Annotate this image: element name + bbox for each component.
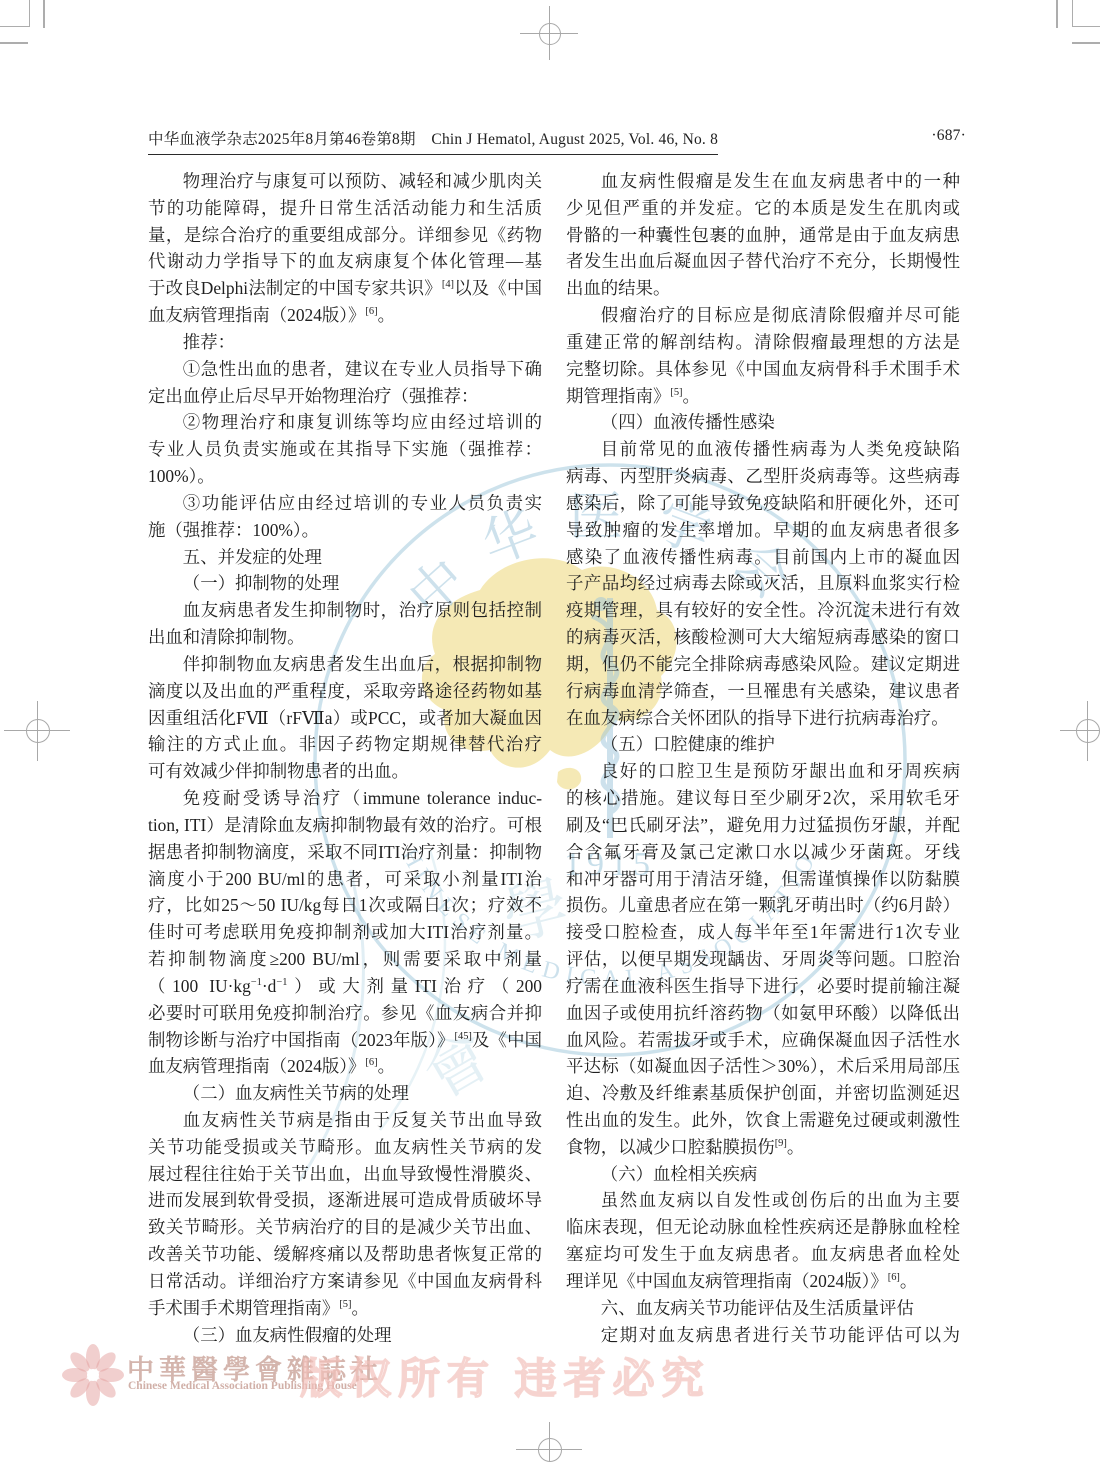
text-line: 虽然血友病以自发性或创伤后的出血为主要	[566, 1187, 960, 1214]
text-line: 重建正常的解剖结构。清除假瘤最理想的方法是	[566, 329, 960, 356]
text-line: 量，是综合治疗的重要组成部分。详细参见《药物	[148, 222, 542, 249]
text-line: 100%）。	[148, 463, 542, 490]
text-line: 行病毒血清学筛查，一旦罹患有关感染，建议患者	[566, 678, 960, 705]
text-line: 假瘤治疗的目标应是彻底清除假瘤并尽可能	[566, 302, 960, 329]
text-line: 疗，比如25～50 IU/kg每日1次或隔日1次；疗效不	[148, 892, 542, 919]
text-line: 少见但严重的并发症。它的本质是发生在肌肉或	[566, 195, 960, 222]
column-left: 物理治疗与康复可以预防、减轻和减少肌肉关节的功能障碍，提升日常生活活动能力和生活…	[148, 168, 542, 1348]
journal-title-en: Chin J Hematol, August 2025, Vol. 46, No…	[431, 131, 718, 148]
text-line: 完整切除。具体参见《中国血友病骨科手术围手术	[566, 356, 960, 383]
text-line: 期，但仍不能完全排除病毒感染风险。建议定期进	[566, 651, 960, 678]
text-line: 在血友病综合关怀团队的指导下进行抗病毒治疗。	[566, 705, 960, 732]
text-line: 理详见《中国血友病管理指南（2024版）》[6]。	[566, 1268, 960, 1295]
text-line: 施（强推荐：100%）。	[148, 517, 542, 544]
page-number: ·687·	[931, 127, 966, 145]
text-line: 和冲牙器可用于清洁牙缝，但需谨慎操作以防黏膜	[566, 866, 960, 893]
text-line: 定出血停止后尽早开始物理治疗（强推荐：100%）。	[148, 383, 542, 410]
text-line: 疗需在血液科医生指导下进行，必要时提前输注凝	[566, 973, 960, 1000]
text-line: 损伤。儿童患者应在第一颗乳牙萌出时（约6月龄）	[566, 892, 960, 919]
text-line: （五）口腔健康的维护	[566, 731, 960, 758]
crop-mark-tick	[1056, 0, 1058, 28]
text-line: 滴度小于200 BU/ml的患者，可采取小剂量ITI治	[148, 866, 542, 893]
text-line: 期管理指南》[5]。	[566, 383, 960, 410]
text-line: 五、并发症的处理	[148, 544, 542, 571]
text-line: 感染后，除了可能导致免疫缺陷和肝硬化外，还可	[566, 490, 960, 517]
text-line: 可有效减少伴抑制物患者的出血。	[148, 758, 542, 785]
text-line: 导致肿瘤的发生率增加。早期的血友病患者很多	[566, 517, 960, 544]
text-line: 血因子或使用抗纤溶药物（如氨甲环酸）以降低出	[566, 1000, 960, 1027]
text-line: 展过程往往始于关节出血，出血导致慢性滑膜炎、	[148, 1161, 542, 1188]
text-line: 合含氟牙膏及氯己定漱口水以减少牙菌斑。牙线	[566, 839, 960, 866]
text-line: 血风险。若需拔牙或手术，应确保凝血因子活性水	[566, 1027, 960, 1054]
text-line: 的核心措施。建议每日至少刷牙2次，采用软毛牙	[566, 785, 960, 812]
text-line: （一）抑制物的处理	[148, 570, 542, 597]
text-line: 手术围手术期管理指南》[5]。	[148, 1295, 542, 1322]
text-line: 致关节畸形。关节病治疗的目的是减少关节出血、	[148, 1214, 542, 1241]
text-line: 良好的口腔卫生是预防牙龈出血和牙周疾病	[566, 758, 960, 785]
text-line: 血友病性假瘤是发生在血友病患者中的一种	[566, 168, 960, 195]
text-line: 输注的方式止血。非因子药物定期规律替代治疗	[148, 731, 542, 758]
text-line: 疫期管理，具有较好的安全性。冷沉淀未进行有效	[566, 597, 960, 624]
text-line: 评估，以便早期发现龋齿、牙周炎等问题。口腔治	[566, 946, 960, 973]
text-line: 目前常见的血液传播性病毒为人类免疫缺陷	[566, 436, 960, 463]
text-line: tion, ITI）是清除血友病抑制物最有效的治疗。可根	[148, 812, 542, 839]
text-line: ①急性出血的患者，建议在专业人员指导下确	[148, 356, 542, 383]
crop-mark-box-top-left	[0, 0, 30, 27]
text-line: 骨骼的一种囊性包裹的血肿，通常是由于血友病患	[566, 222, 960, 249]
text-line: 出血和清除抑制物。	[148, 624, 542, 651]
text-line: 病毒、丙型肝炎病毒、乙型肝炎病毒等。这些病毒	[566, 463, 960, 490]
text-line: 佳时可考虑联用免疫抑制剂或加大ITI治疗剂量。	[148, 919, 542, 946]
text-line: 伴抑制物血友病患者发生出血后，根据抑制物	[148, 651, 542, 678]
crop-mark-box-top-right	[1072, 0, 1100, 27]
text-line: 的病毒灭活，核酸检测可大大缩短病毒感染的窗口	[566, 624, 960, 651]
text-line: 节的功能障碍，提升日常生活活动能力和生活质	[148, 195, 542, 222]
text-line: 因重组活化FⅦ（rFⅦa）或PCC，或者加大凝血因子	[148, 705, 542, 732]
text-line: 六、血友病关节功能评估及生活质量评估	[566, 1295, 960, 1322]
text-line: 血友病管理指南（2024版）》[6]。	[148, 1053, 542, 1080]
text-line: 必要时可联用免疫抑制治疗。参见《血友病合并抑	[148, 1000, 542, 1027]
text-line: 据患者抑制物滴度，采取不同ITI治疗剂量：抑制物	[148, 839, 542, 866]
text-line: 食物，以减少口腔黏膜损伤[9]。	[566, 1134, 960, 1161]
text-line: 出血的结果。	[566, 275, 960, 302]
text-line: 进而发展到软骨受损，逐渐进展可造成骨质破坏导	[148, 1187, 542, 1214]
text-line: 血友病性关节病是指由于反复关节出血导致	[148, 1107, 542, 1134]
text-line: 血友病管理指南（2024版）》[6]。	[148, 302, 542, 329]
column-right: 血友病性假瘤是发生在血友病患者中的一种少见但严重的并发症。它的本质是发生在肌肉或…	[566, 168, 960, 1348]
text-line: ③功能评估应由经过培训的专业人员负责实	[148, 490, 542, 517]
text-line: ②物理治疗和康复训练等均应由经过培训的	[148, 409, 542, 436]
crop-mark-tick	[43, 0, 45, 28]
publisher-flower-icon	[62, 1344, 124, 1406]
page-header: 中华血液学杂志2025年8月第46卷第8期 Chin J Hematol, Au…	[148, 127, 966, 155]
text-line: 平达标（如凝血因子活性＞30%），术后采用局部压	[566, 1053, 960, 1080]
journal-title-line: 中华血液学杂志2025年8月第46卷第8期 Chin J Hematol, Au…	[148, 127, 718, 155]
text-line: 定期对血友病患者进行关节功能评估可以为	[566, 1322, 960, 1349]
text-line: 塞症均可发生于血友病患者。血友病患者血栓处	[566, 1241, 960, 1268]
text-line: 血友病患者发生抑制物时，治疗原则包括控制	[148, 597, 542, 624]
text-line: 物理治疗与康复可以预防、减轻和减少肌肉关	[148, 168, 542, 195]
journal-page: { "header": { "journal_line_cn": "中华血液学杂…	[0, 0, 1100, 1462]
text-line: 改善关节功能、缓解疼痛以及帮助患者恢复正常的	[148, 1241, 542, 1268]
text-line: （三）血友病性假瘤的处理	[148, 1322, 542, 1349]
text-line: 性出血的发生。此外，饮食上需避免过硬或刺激性	[566, 1107, 960, 1134]
text-line: 专业人员负责实施或在其指导下实施（强推荐：	[148, 436, 542, 463]
text-line: （二）血友病性关节病的处理	[148, 1080, 542, 1107]
crop-mark-tick	[1072, 42, 1100, 44]
text-line: 滴度以及出血的严重程度，采取旁路途径药物如基	[148, 678, 542, 705]
text-line: 关节功能受损或关节畸形。血友病性关节病的发	[148, 1134, 542, 1161]
text-line: 子产品均经过病毒去除或灭活，且原料血浆实行检	[566, 570, 960, 597]
text-line: 日常活动。详细治疗方案请参见《中国血友病骨科	[148, 1268, 542, 1295]
text-line: 接受口腔检查，成人每半年至1年需进行1次专业	[566, 919, 960, 946]
text-line: 临床表现，但无论动脉血栓性疾病还是静脉血栓栓	[566, 1214, 960, 1241]
text-line: （100 IU·kg−1·d−1）或大剂量ITI治疗（200 IU·kg−1·d…	[148, 973, 542, 1000]
text-line: 者发生出血后凝血因子替代治疗不充分，长期慢性	[566, 248, 960, 275]
journal-title-cn: 中华血液学杂志2025年8月第46卷第8期	[148, 131, 416, 148]
text-line: 代谢动力学指导下的血友病康复个体化管理—基	[148, 248, 542, 275]
copyright-watermark: 版权所有 违者必究	[300, 1346, 711, 1406]
text-line: （四）血液传播性感染	[566, 409, 960, 436]
text-line: 迫、冷敷及纤维素基质保护创面，并密切监测延迟	[566, 1080, 960, 1107]
text-line: 感染了血液传播性病毒。目前国内上市的凝血因	[566, 544, 960, 571]
text-line: 免疫耐受诱导治疗（immune tolerance induc-	[148, 785, 542, 812]
text-line: 于改良Delphi法制定的中国专家共识》[4]以及《中国	[148, 275, 542, 302]
text-line: 若抑制物滴度≥200 BU/ml，则需要采取中剂量	[148, 946, 542, 973]
text-line: 刷及“巴氏刷牙法”，避免用力过猛损伤牙龈，并配	[566, 812, 960, 839]
text-line: 制物诊断与治疗中国指南（2023年版）》[45]及《中国	[148, 1027, 542, 1054]
text-line: 推荐：	[148, 329, 542, 356]
crop-mark-tick	[0, 42, 28, 44]
text-line: （六）血栓相关疾病	[566, 1161, 960, 1188]
